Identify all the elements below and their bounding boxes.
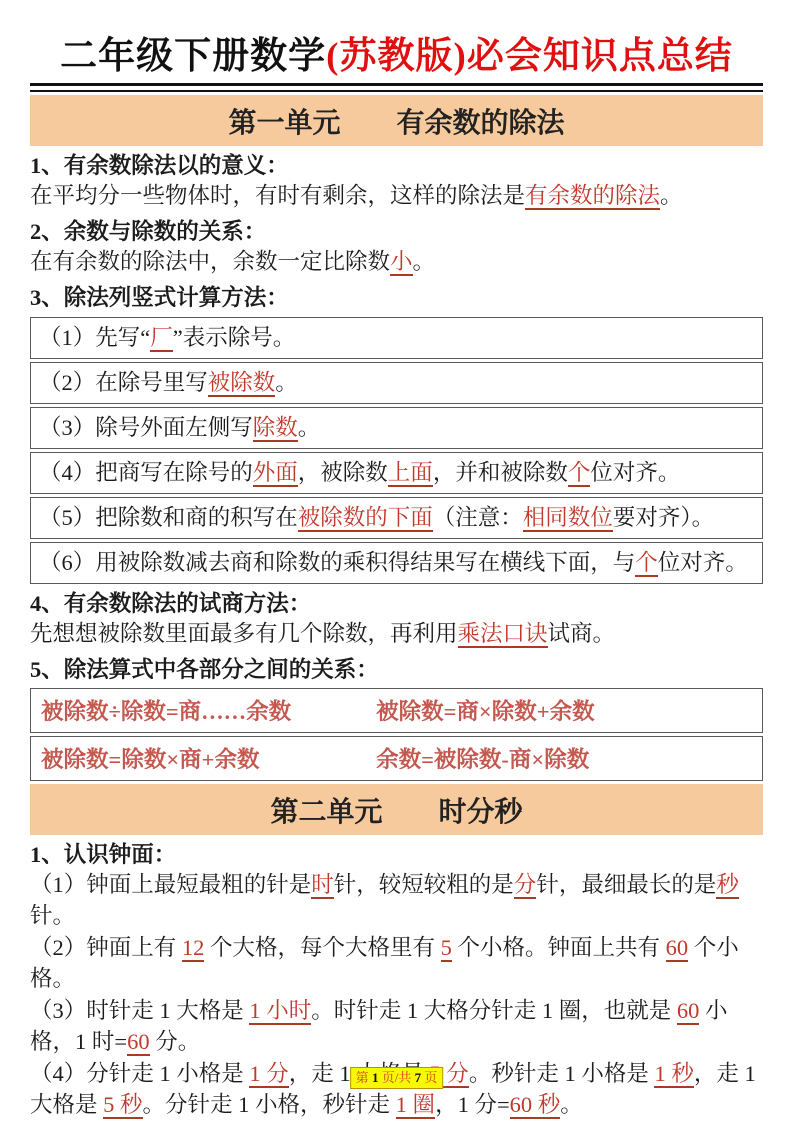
unit1-heading-1: 1、有余数除法以的意义： [30, 152, 763, 180]
text-segment: 小 [390, 249, 413, 276]
text-segment: 。 [413, 249, 436, 274]
table-row-step-1: （1）先写“厂”表示除号。 [30, 317, 763, 359]
text-segment: 个 [635, 550, 658, 577]
text-segment: 在有余数的除法中，余数一定比除数 [30, 249, 390, 274]
text-segment: 针，较短较粗的是 [334, 872, 514, 897]
text-segment: 针。 [30, 903, 75, 928]
unit1-heading-4: 4、有余数除法的试商方法： [30, 590, 763, 618]
document-page: 二年级下册数学(苏教版)必会知识点总结 第一单元 有余数的除法 1、有余数除法以… [0, 0, 793, 1122]
text-segment: 有余数的除法 [525, 183, 660, 210]
text-segment: 。 [660, 183, 683, 208]
table-row-step-3: （3）除号外面左侧写除数。 [30, 407, 763, 449]
text-segment: ，被除数 [298, 460, 388, 485]
text-segment: ”表示除号。 [173, 325, 296, 350]
text-segment: 外面 [253, 460, 298, 487]
text-segment: 先想想被除数里面最多有几个除数，再利用 [30, 621, 458, 646]
text-segment: 。 [275, 370, 298, 395]
unit1-header: 第一单元 有余数的除法 [30, 95, 763, 146]
formula-cell: 余数=被除数-商×除数 [376, 742, 589, 774]
unit2-para-3: （3）时针走 1 大格是 1 小时。时针走 1 大格分针走 1 圈，也就是 60… [30, 995, 763, 1058]
formula-table: 被除数÷除数=商……余数 被除数=商×除数+余数 被除数=除数×商+余数 余数=… [30, 688, 763, 781]
text-segment: 分 [514, 872, 537, 899]
text-segment: （4）分针走 1 小格是 [30, 1061, 249, 1086]
table-row-step-2: （2）在除号里写被除数。 [30, 362, 763, 404]
unit2-heading-1: 1、认识钟面： [30, 841, 763, 869]
unit1-heading-3: 3、除法列竖式计算方法： [30, 284, 763, 312]
unit1-para-1: 在平均分一些物体时，有时有剩余，这样的除法是有余数的除法。 [30, 180, 763, 212]
text-segment: 个 [568, 460, 591, 487]
text-segment: 页/共 [382, 1070, 412, 1085]
unit1-heading-5: 5、除法算式中各部分之间的关系： [30, 656, 763, 684]
text-segment: 1 [369, 1070, 382, 1085]
text-segment: 上面 [388, 460, 433, 487]
text-segment: 除数 [253, 415, 298, 442]
text-segment: 乘法口诀 [458, 621, 548, 648]
text-segment: 1 分 [249, 1061, 288, 1088]
table-row-step-5: （5）把除数和商的积写在被除数的下面（注意：相同数位要对齐）。 [30, 497, 763, 539]
text-segment: 1 圈 [396, 1092, 435, 1119]
text-segment: 60 [127, 1029, 150, 1056]
text-segment: 页 [424, 1070, 437, 1085]
text-segment: 被除数的下面 [298, 505, 433, 532]
text-segment: （5）把除数和商的积写在 [39, 505, 298, 530]
text-segment: 厂 [150, 325, 173, 352]
unit1-para-4: 先想想被除数里面最多有几个除数，再利用乘法口诀试商。 [30, 618, 763, 650]
text-segment: （6）用被除数减去商和除数的乘积得结果写在横线下面，与 [39, 550, 635, 575]
text-segment: 试商。 [548, 621, 616, 646]
text-segment: ，1 分= [435, 1092, 510, 1117]
formula-cell: 被除数=除数×商+余数 [41, 742, 376, 774]
page-title-black-part: 二年级下册数学 [60, 36, 326, 77]
page-footer: 第 1 页/共 7 页 [350, 1067, 444, 1089]
text-segment: （4）把商写在除号的 [39, 460, 253, 485]
formula-cell: 被除数=商×除数+余数 [376, 694, 594, 726]
text-segment: 。秒针走 1 小格是 [469, 1061, 655, 1086]
division-steps-table: （1）先写“厂”表示除号。 （2）在除号里写被除数。 （3）除号外面左侧写除数。… [30, 317, 763, 584]
text-segment: （2）在除号里写 [39, 370, 208, 395]
table-row-formula-2: 被除数=除数×商+余数 余数=被除数-商×除数 [30, 736, 763, 781]
unit2-header: 第二单元 时分秒 [30, 784, 763, 835]
text-segment: 位对齐。 [658, 550, 748, 575]
text-segment: 60 [677, 998, 700, 1025]
text-segment: 7 [411, 1070, 424, 1085]
unit2-para-2: （2）钟面上有 12 个大格，每个大格里有 5 个小格。钟面上共有 60 个小格… [30, 932, 763, 995]
unit2-para-1: （1）钟面上最短最粗的针是时针，较短较粗的是分针，最细最长的是秒针。 [30, 869, 763, 932]
table-row-step-6: （6）用被除数减去商和除数的乘积得结果写在横线下面，与个位对齐。 [30, 542, 763, 584]
text-segment: 。 [298, 415, 321, 440]
table-row-formula-1: 被除数÷除数=商……余数 被除数=商×除数+余数 [30, 688, 763, 733]
text-segment: （1）钟面上最短最粗的针是 [30, 872, 311, 897]
text-segment: （2）钟面上有 [30, 935, 182, 960]
text-segment: 60 [666, 935, 689, 962]
text-segment: 。分针走 1 小格，秒针走 [143, 1092, 396, 1117]
table-row-step-4: （4）把商写在除号的外面，被除数上面，并和被除数个位对齐。 [30, 452, 763, 494]
text-segment: 12 [182, 935, 205, 962]
text-segment: 被除数 [208, 370, 276, 397]
text-segment: 5 [441, 935, 452, 962]
text-segment: 第 [356, 1070, 369, 1085]
text-segment: 个大格，每个大格里有 [204, 935, 440, 960]
text-segment: 秒 [716, 872, 739, 899]
text-segment: 1 小时 [249, 998, 311, 1025]
text-segment: （1）先写“ [39, 325, 150, 350]
text-segment: 。 [560, 1092, 583, 1117]
text-segment: 5 秒 [103, 1092, 142, 1119]
text-segment: 分。 [150, 1029, 201, 1054]
text-segment: 要对齐）。 [613, 505, 714, 530]
text-segment: 位对齐。 [590, 460, 680, 485]
text-segment: 。时针走 1 大格分针走 1 圈，也就是 [311, 998, 677, 1023]
text-segment: 1 秒 [654, 1061, 693, 1088]
unit1-heading-2: 2、余数与除数的关系： [30, 218, 763, 246]
page-title-red-part: (苏教版)必会知识点总结 [326, 36, 733, 77]
text-segment: 在平均分一些物体时，有时有剩余，这样的除法是 [30, 183, 525, 208]
text-segment: 个小格。钟面上共有 [452, 935, 666, 960]
page-title: 二年级下册数学(苏教版)必会知识点总结 [30, 34, 763, 80]
text-segment: 60 秒 [510, 1092, 561, 1119]
unit1-para-2: 在有余数的除法中，余数一定比除数小。 [30, 246, 763, 278]
title-divider [30, 83, 763, 92]
text-segment: （注意： [433, 505, 523, 530]
text-segment: 针，最细最长的是 [536, 872, 716, 897]
text-segment: （3）时针走 1 大格是 [30, 998, 249, 1023]
text-segment: （3）除号外面左侧写 [39, 415, 253, 440]
text-segment: ，并和被除数 [433, 460, 568, 485]
formula-cell: 被除数÷除数=商……余数 [41, 694, 376, 726]
text-segment: 相同数位 [523, 505, 613, 532]
text-segment: 时 [311, 872, 334, 899]
